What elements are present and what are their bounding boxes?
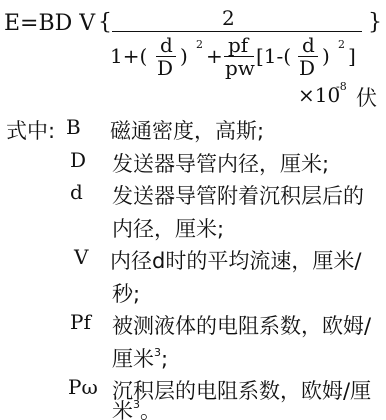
D-denominator: D xyxy=(157,56,173,80)
numerator: 2 xyxy=(222,6,235,30)
symbol: V xyxy=(74,245,88,269)
multiplier-exponent: -8 xyxy=(336,80,347,93)
description-line-1: 内径d时的平均流速，厘米/ xyxy=(110,245,361,275)
symbol: Pf xyxy=(70,310,91,334)
description-line-1: 发送器导管附着沉积层后的 xyxy=(112,180,364,210)
symbol: D xyxy=(70,148,86,172)
symbol: d xyxy=(70,180,83,204)
description: 发送器导管内径，厘米; xyxy=(112,148,329,178)
pf: pf xyxy=(228,33,248,57)
multiplier: ×10 xyxy=(298,83,340,107)
close-bracket: ] xyxy=(348,44,356,68)
symbol: B xyxy=(66,115,81,139)
D-denominator-2: D xyxy=(299,56,315,80)
formula-lhs: E=BD V xyxy=(4,11,95,36)
exponent-2: 2 xyxy=(338,38,345,51)
description-line-2: 厘米3; xyxy=(112,343,168,373)
plus: + xyxy=(206,44,223,68)
d-numerator-2: d xyxy=(302,33,315,57)
symbol: Pω xyxy=(68,375,98,399)
exponent: 2 xyxy=(196,38,203,51)
unit-volt: 伏 xyxy=(356,82,377,112)
description-line-2: 内径，厘米; xyxy=(112,213,224,243)
close-paren-2: ) xyxy=(322,44,330,68)
d-numerator: d xyxy=(160,33,173,57)
where-label: 式中: xyxy=(6,115,55,145)
pw: pw xyxy=(225,56,255,80)
bracket-part: [1-( xyxy=(256,44,291,68)
description-line-1: 被测液体的电阻系数，欧姆/ xyxy=(112,310,371,340)
description-line-2: 米3。 xyxy=(112,395,161,420)
den-one-plus: 1+( xyxy=(110,44,147,68)
close-brace: } xyxy=(368,10,382,35)
open-brace: { xyxy=(98,10,112,35)
close-paren: ) xyxy=(180,44,188,68)
description-line-2: 秒; xyxy=(112,278,140,308)
description: 磁通密度，高斯; xyxy=(110,115,264,145)
